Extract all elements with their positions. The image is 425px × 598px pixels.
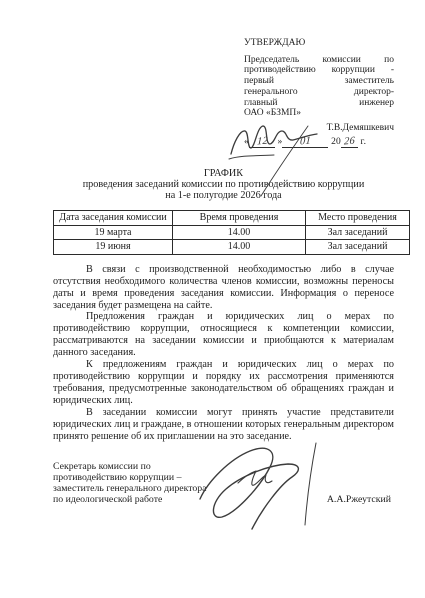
approver-name: Т.В.Демяшкевич xyxy=(327,123,394,133)
approval-line: Председатель комиссии по xyxy=(244,55,394,66)
title-line-2: проведения заседаний комиссии по противо… xyxy=(53,179,394,190)
approval-line: главный инженер xyxy=(244,98,394,109)
paragraph: К предложениям граждан и юридических лиц… xyxy=(53,359,394,407)
approval-line: ОАО «БЗМП» xyxy=(244,108,394,119)
table-header-row: Дата заседания комиссии Время проведения… xyxy=(54,211,410,226)
secretary-name: А.А.Ржеутский xyxy=(327,495,394,506)
handwritten-month: 01 xyxy=(300,136,311,148)
approval-line: генерального директор- xyxy=(244,87,394,98)
approval-line: первый заместитель xyxy=(244,76,394,87)
signoff-line: по идеологической работе xyxy=(53,495,207,506)
header-meeting-place: Место проведения xyxy=(306,211,410,226)
cell-place: Зал заседаний xyxy=(306,240,410,255)
title-line-3: на 1-е полугодие 2026 года xyxy=(53,190,394,201)
document-title: ГРАФИК проведения заседаний комиссии по … xyxy=(53,168,394,201)
year-printed: 20 xyxy=(331,137,341,147)
body-text: В связи с производственной необходимость… xyxy=(53,264,394,443)
table-row: 19 марта 14.00 Зал заседаний xyxy=(54,225,410,240)
approval-date-line: «12 »01 2026 г. xyxy=(244,137,394,149)
cell-date: 19 марта xyxy=(54,225,173,240)
handwritten-year: 26 xyxy=(344,136,355,148)
header-meeting-time: Время проведения xyxy=(173,211,306,226)
cell-time: 14.00 xyxy=(173,240,306,255)
paragraph: В заседании комиссии могут принять участ… xyxy=(53,407,394,443)
cell-date: 19 июня xyxy=(54,240,173,255)
document-page: УТВЕРЖДАЮ Председатель комиссии по проти… xyxy=(0,0,425,598)
handwritten-day: 12 xyxy=(256,136,267,148)
cell-place: Зал заседаний xyxy=(306,225,410,240)
paragraph: Предложения граждан и юридических лиц о … xyxy=(53,311,394,359)
header-meeting-date: Дата заседания комиссии xyxy=(54,211,173,226)
signoff-title: Секретарь комиссии по противодействию ко… xyxy=(53,462,207,506)
title-line-1: ГРАФИК xyxy=(53,168,394,179)
paragraph: В связи с производственной необходимость… xyxy=(53,264,394,312)
approval-heading: УТВЕРЖДАЮ xyxy=(244,38,394,49)
approval-line: противодействию коррупции - xyxy=(244,65,394,76)
era-label: г. xyxy=(361,137,367,147)
approver-name-row: Т.В.Демяшкевич xyxy=(244,123,394,134)
table-row: 19 июня 14.00 Зал заседаний xyxy=(54,240,410,255)
schedule-table: Дата заседания комиссии Время проведения… xyxy=(53,210,410,255)
signoff-block: Секретарь комиссии по противодействию ко… xyxy=(53,462,394,506)
cell-time: 14.00 xyxy=(173,225,306,240)
approval-block: УТВЕРЖДАЮ Председатель комиссии по проти… xyxy=(244,38,394,148)
